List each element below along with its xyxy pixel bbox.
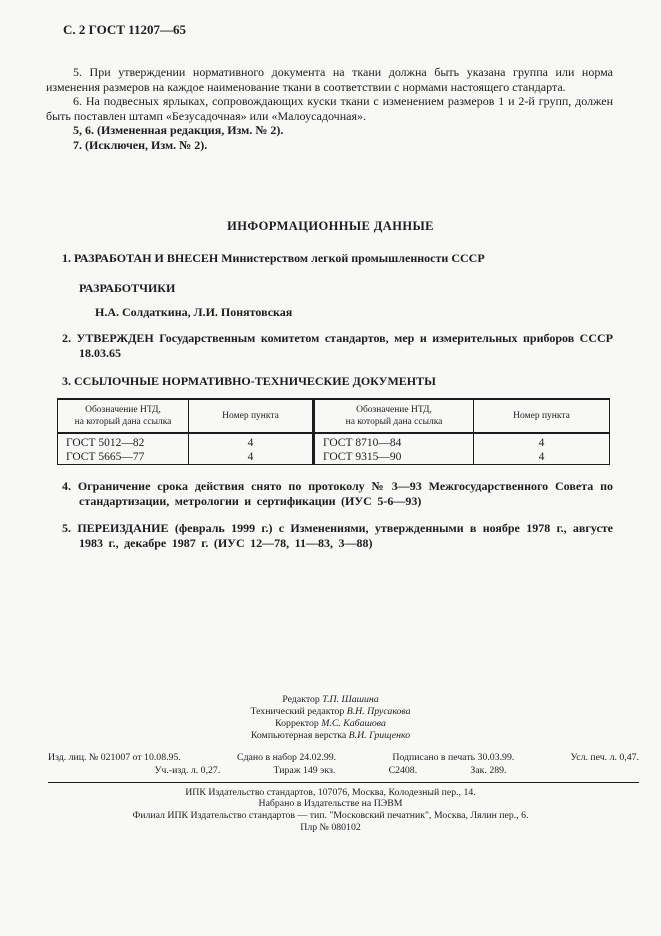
editor-line: Корректор М.С. Кабашова (0, 718, 661, 730)
editor-name: В.И. Грищенко (349, 730, 410, 741)
print-run: Тираж 149 экз. (274, 765, 336, 776)
order-code: С2408. (389, 765, 418, 776)
publishing-license: Изд. лиц. № 021007 от 10.08.95. (48, 752, 181, 763)
editor-role: Корректор (275, 718, 319, 729)
editor-line: Компьютерная верстка В.И. Грищенко (0, 730, 661, 742)
clause-number: 4 (189, 450, 314, 465)
section-republication: 5. ПЕРЕИЗДАНИЕ (февраль 1999 г.) с Измен… (62, 521, 613, 551)
info-data-title: ИНФОРМАЦИОННЫЕ ДАННЫЕ (0, 219, 661, 234)
section-text: ПЕРЕИЗДАНИЕ (февраль 1999 г.) с Изменени… (77, 521, 613, 550)
running-head: С. 2 ГОСТ 11207—65 (63, 22, 661, 38)
column-header: Номер пункта (474, 399, 610, 433)
editor-line: Технический редактор В.Н. Прусакова (0, 706, 661, 718)
section-number: 4. (62, 479, 71, 493)
reference-standards-table: Обозначение НТД, на который дана ссылка … (57, 398, 610, 465)
editor-role: Компьютерная верстка (251, 730, 346, 741)
typesetting-note: Набрано в Издательстве на ПЭВМ (0, 798, 661, 810)
editor-role: Редактор (282, 694, 319, 705)
colophon-divider (48, 782, 639, 783)
section-validity-limit: 4. Ограничение срока действия снято по п… (62, 479, 613, 509)
clause-number: 4 (189, 433, 314, 450)
editor-line: Редактор Т.П. Шашина (0, 694, 661, 706)
printing-branch: Филиал ИПК Издательство стандартов — тип… (0, 810, 661, 822)
amendment-note-7: 7. (Исключен, Изм. № 2). (73, 138, 613, 153)
publisher-address: ИПК Издательство стандартов, 107076, Мос… (0, 787, 661, 799)
editors-block: Редактор Т.П. Шашина Технический редакто… (0, 694, 661, 742)
table-header-row: Обозначение НТД, на который дана ссылка … (58, 399, 610, 433)
publisher-address-block: ИПК Издательство стандартов, 107076, Мос… (0, 787, 661, 834)
section-text: Ограничение срока действия снято по прот… (78, 479, 613, 508)
paragraph-5: 5. При утверждении нормативного документ… (46, 65, 613, 94)
section-number: 1. (62, 251, 71, 265)
section-approved: 2. УТВЕРЖДЕН Государственным комитетом с… (62, 331, 613, 361)
amendment-note-5-6: 5, 6. (Измененная редакция, Изм. № 2). (73, 123, 613, 138)
column-header: Номер пункта (189, 399, 314, 433)
ntd-designation: ГОСТ 5012—82 (58, 433, 189, 450)
ntd-designation: ГОСТ 9315—90 (314, 450, 474, 465)
print-sheets: Усл. печ. л. 0,47. (571, 752, 639, 763)
section-number: 3. (62, 374, 71, 388)
column-header: Обозначение НТД, на который дана ссылка (314, 399, 474, 433)
developers-heading: РАЗРАБОТЧИКИ (79, 281, 661, 296)
clause-number: 4 (474, 433, 610, 450)
table-row: ГОСТ 5665—77 4 ГОСТ 9315—90 4 (58, 450, 610, 465)
intro-block: 5. При утверждении нормативного документ… (46, 65, 613, 153)
section-number: 5. (62, 521, 71, 535)
editor-name: В.Н. Прусакова (347, 706, 411, 717)
section-text: РАЗРАБОТАН И ВНЕСЕН Министерством легкой… (74, 251, 485, 265)
print-license-number: Плр № 080102 (0, 822, 661, 834)
imprint-line-1: Изд. лиц. № 021007 от 10.08.95. Сдано в … (48, 752, 639, 763)
ntd-designation: ГОСТ 8710—84 (314, 433, 474, 450)
developers-names: Н.А. Солдаткина, Л.И. Понятовская (95, 305, 661, 320)
clause-number: 4 (474, 450, 610, 465)
ntd-designation: ГОСТ 5665—77 (58, 450, 189, 465)
pub-sheets: Уч.-изд. л. 0,27. (155, 765, 221, 776)
column-header: Обозначение НТД, на который дана ссылка (58, 399, 189, 433)
section-number: 2. (62, 331, 71, 345)
editor-name: М.С. Кабашова (321, 718, 386, 729)
editor-name: Т.П. Шашина (322, 694, 378, 705)
typeset-date: Сдано в набор 24.02.99. (237, 752, 336, 763)
order-number: Зак. 289. (470, 765, 506, 776)
table-row: ГОСТ 5012—82 4 ГОСТ 8710—84 4 (58, 433, 610, 450)
section-reference-docs: 3. ССЫЛОЧНЫЕ НОРМАТИВНО-ТЕХНИЧЕСКИЕ ДОКУ… (62, 374, 613, 389)
section-text: УТВЕРЖДЕН Государственным комитетом стан… (77, 331, 614, 360)
editor-role: Технический редактор (250, 706, 344, 717)
section-developed-by: 1. РАЗРАБОТАН И ВНЕСЕН Министерством лег… (62, 251, 613, 266)
document-page: С. 2 ГОСТ 11207—65 5. При утверждении но… (0, 0, 661, 936)
section-text: ССЫЛОЧНЫЕ НОРМАТИВНО-ТЕХНИЧЕСКИЕ ДОКУМЕН… (74, 374, 436, 388)
print-date: Подписано в печать 30.03.99. (392, 752, 514, 763)
imprint-line-2: Уч.-изд. л. 0,27. Тираж 149 экз. С2408. … (155, 765, 507, 776)
paragraph-6: 6. На подвесных ярлыках, сопровождающих … (46, 94, 613, 123)
